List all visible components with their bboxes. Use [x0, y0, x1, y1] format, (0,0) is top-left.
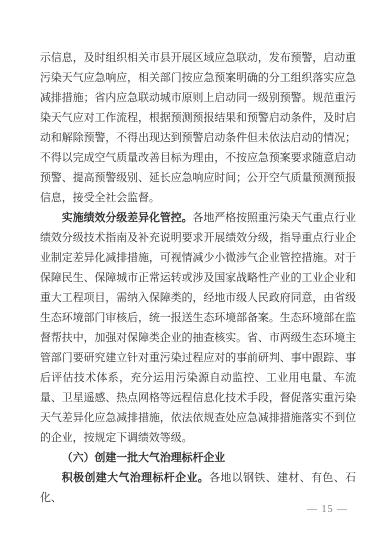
paragraph-lead-performance-grading: 实施绩效分级差异化管控。: [62, 212, 193, 224]
paragraph-lead-benchmark-enterprises: 积极创建大气治理标杆企业。: [62, 472, 209, 484]
page-number: — 15 —: [307, 504, 348, 515]
document-text-block: 示信息，及时组织相关市县开展区域应急联动，发布预警，启动重污染天气应急响应，相关…: [40, 48, 356, 508]
document-page: 示信息，及时组织相关市县开展区域应急联动，发布预警，启动重污染天气应急响应，相关…: [0, 0, 390, 551]
paragraph-emergency-response-continuation: 示信息，及时组织相关市县开展区域应急联动，发布预警，启动重污染天气应急响应，相关…: [40, 48, 356, 208]
paragraph-performance-grading: 实施绩效分级差异化管控。各地严格按照重污染天气重点行业绩效分级技术指南及补充说明…: [40, 208, 356, 448]
page-footer: — 15 —: [307, 503, 348, 517]
section-heading-six: （六）创建一批大气治理标杆企业: [40, 448, 356, 468]
paragraph-benchmark-enterprises: 积极创建大气治理标杆企业。各地以钢铁、建材、有色、石化、: [40, 468, 356, 508]
paragraph-body-performance-grading: 各地严格按照重污染天气重点行业绩效分级技术指南及补充说明要求开展绩效分级，指导重…: [40, 212, 356, 444]
